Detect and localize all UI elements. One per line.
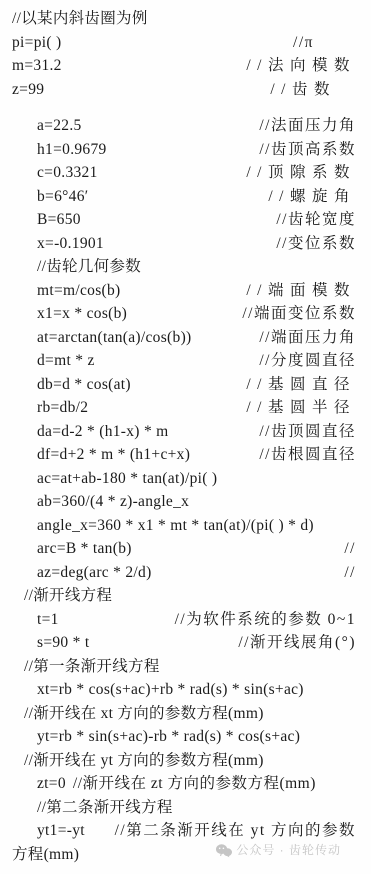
code-text: at=arctan(tan(a)/cos(b)) bbox=[37, 326, 192, 350]
code-line: //第二条渐开线方程 bbox=[0, 796, 356, 820]
code-text: angle_x=360 * x1 * mt * tan(at)/(pi( ) *… bbox=[37, 514, 314, 538]
code-line: t=1//为软件系统的参数 0~1 bbox=[0, 608, 356, 632]
code-line: ab=360/(4 * z)-angle_x bbox=[0, 490, 356, 514]
comment-text: //第一条渐开线方程 bbox=[24, 655, 160, 679]
comment-text: //齿轮宽度 bbox=[276, 208, 356, 232]
code-line: pi=pi( )//π bbox=[0, 31, 356, 55]
code-line: s=90 * t//渐开线展角(°) bbox=[0, 631, 356, 655]
code-line: a=22.5//法面压力角 bbox=[0, 114, 356, 138]
comment-text: //第二条渐开线方程 bbox=[37, 796, 173, 820]
code-line: at=arctan(tan(a)/cos(b))//端面压力角 bbox=[0, 326, 356, 350]
comment-text: //法面压力角 bbox=[259, 114, 356, 138]
comment-text: //变位系数 bbox=[276, 232, 356, 256]
code-text: yt=rb * sin(s+ac)-rb * rad(s) * cos(s+ac… bbox=[37, 725, 300, 749]
code-text: b=6°46′ bbox=[37, 185, 88, 209]
comment-text: //渐开线方程 bbox=[24, 584, 112, 608]
code-text: df=d+2 * m * (h1+c+x) bbox=[37, 443, 190, 467]
code-line: //渐开线方程 bbox=[0, 584, 356, 608]
code-text: arc=B * tan(b) bbox=[37, 537, 132, 561]
code-text: x=-0.1901 bbox=[37, 232, 104, 256]
code-text: rb=db/2 bbox=[37, 396, 88, 420]
code-line: //渐开线在 yt 方向的参数方程(mm) bbox=[0, 749, 356, 773]
comment-text: //渐开线在 zt 方向的参数方程(mm) bbox=[73, 772, 316, 796]
comment-text: //法向模数 bbox=[246, 54, 356, 78]
code-line: x1=x * cos(b)//端面变位系数 bbox=[0, 302, 356, 326]
code-text: x1=x * cos(b) bbox=[37, 302, 127, 326]
code-text: zt=0 bbox=[37, 772, 66, 796]
watermark-text: 公众号 · 齿轮传动 bbox=[236, 843, 341, 858]
comment-text: //渐开线在 yt 方向的参数方程(mm) bbox=[24, 749, 264, 773]
comment-text: //齿轮几何参数 bbox=[37, 255, 141, 279]
comment-text: //齿数 bbox=[270, 78, 336, 102]
code-line: B=650//齿轮宽度 bbox=[0, 208, 356, 232]
code-line: ac=at+ab-180 * tan(at)/pi( ) bbox=[0, 467, 356, 491]
code-text: B=650 bbox=[37, 208, 81, 232]
comment-text: // bbox=[344, 537, 356, 561]
code-text: s=90 * t bbox=[37, 631, 89, 655]
comment-text: //以某内斜齿圈为例 bbox=[12, 7, 148, 31]
comment-text: //端面模数 bbox=[246, 279, 356, 303]
code-text: xt=rb * cos(s+ac)+rb * rad(s) * sin(s+ac… bbox=[37, 678, 304, 702]
code-text: pi=pi( ) bbox=[12, 31, 61, 55]
wechat-icon bbox=[216, 844, 232, 858]
comment-text: //齿顶高系数 bbox=[259, 138, 356, 162]
code-line: d=mt * z//分度圆直径 bbox=[0, 349, 356, 373]
code-line: yt1=-yt//第二条渐开线在 yt 方向的参数 bbox=[0, 819, 356, 843]
code-line: df=d+2 * m * (h1+c+x)//齿根圆直径 bbox=[0, 443, 356, 467]
code-text: da=d-2 * (h1-x) * m bbox=[37, 420, 169, 444]
code-line: zt=0//渐开线在 zt 方向的参数方程(mm) bbox=[0, 772, 356, 796]
code-line: angle_x=360 * x1 * mt * tan(at)/(pi( ) *… bbox=[0, 514, 356, 538]
comment-text: //第二条渐开线在 yt 方向的参数 bbox=[115, 819, 356, 843]
code-line: xt=rb * cos(s+ac)+rb * rad(s) * sin(s+ac… bbox=[0, 678, 356, 702]
code-text: d=mt * z bbox=[37, 349, 95, 373]
code-listing: //以某内斜齿圈为例pi=pi( )//πm=31.2//法向模数z=99//齿… bbox=[0, 0, 371, 866]
code-text: db=d * cos(at) bbox=[37, 373, 131, 397]
comment-text: //为软件系统的参数 0~1 bbox=[175, 608, 356, 632]
comment-text: //渐开线在 xt 方向的参数方程(mm) bbox=[24, 702, 264, 726]
code-line: da=d-2 * (h1-x) * m//齿顶圆直径 bbox=[0, 420, 356, 444]
code-text: az=deg(arc * 2/d) bbox=[37, 561, 152, 585]
watermark: 公众号 · 齿轮传动 bbox=[216, 843, 341, 858]
comment-text: //端面压力角 bbox=[259, 326, 356, 350]
comment-text: //分度圆直径 bbox=[259, 349, 356, 373]
comment-text: // bbox=[344, 561, 356, 585]
code-text: mt=m/cos(b) bbox=[37, 279, 121, 303]
code-line: //渐开线在 xt 方向的参数方程(mm) bbox=[0, 702, 356, 726]
code-line: b=6°46′//螺旋角 bbox=[0, 185, 356, 209]
code-line: az=deg(arc * 2/d)// bbox=[0, 561, 356, 585]
code-text: m=31.2 bbox=[12, 54, 62, 78]
code-text: 方程(mm) bbox=[12, 843, 79, 867]
comment-text: //齿根圆直径 bbox=[259, 443, 356, 467]
code-text: ac=at+ab-180 * tan(at)/pi( ) bbox=[37, 467, 217, 491]
code-text: t=1 bbox=[37, 608, 59, 632]
code-text: a=22.5 bbox=[37, 114, 82, 138]
code-line: m=31.2//法向模数 bbox=[0, 54, 356, 78]
comment-text: //齿顶圆直径 bbox=[259, 420, 356, 444]
code-line: mt=m/cos(b)//端面模数 bbox=[0, 279, 356, 303]
code-text: c=0.3321 bbox=[37, 161, 98, 185]
comment-text: //渐开线展角(°) bbox=[238, 631, 356, 655]
code-line: //齿轮几何参数 bbox=[0, 255, 356, 279]
code-line: z=99//齿数 bbox=[0, 78, 356, 102]
code-text: h1=0.9679 bbox=[37, 138, 107, 162]
code-line: yt=rb * sin(s+ac)-rb * rad(s) * cos(s+ac… bbox=[0, 725, 356, 749]
code-line: db=d * cos(at)//基圆直径 bbox=[0, 373, 356, 397]
code-text: z=99 bbox=[12, 78, 44, 102]
code-line: h1=0.9679//齿顶高系数 bbox=[0, 138, 356, 162]
comment-text: //π bbox=[293, 31, 314, 55]
code-line: x=-0.1901//变位系数 bbox=[0, 232, 356, 256]
code-line: arc=B * tan(b)// bbox=[0, 537, 356, 561]
code-line: //以某内斜齿圈为例 bbox=[0, 7, 356, 31]
code-text: ab=360/(4 * z)-angle_x bbox=[37, 490, 189, 514]
code-line: //第一条渐开线方程 bbox=[0, 655, 356, 679]
comment-text: //基圆直径 bbox=[246, 373, 356, 397]
comment-text: //螺旋角 bbox=[268, 185, 356, 209]
code-line: c=0.3321//顶隙系数 bbox=[0, 161, 356, 185]
comment-text: //基圆半径 bbox=[246, 396, 356, 420]
code-line: rb=db/2//基圆半径 bbox=[0, 396, 356, 420]
document-page: //以某内斜齿圈为例pi=pi( )//πm=31.2//法向模数z=99//齿… bbox=[0, 0, 371, 874]
comment-text: //顶隙系数 bbox=[246, 161, 356, 185]
code-text: yt1=-yt bbox=[37, 819, 85, 843]
blank-line bbox=[0, 101, 356, 114]
comment-text: //端面变位系数 bbox=[242, 302, 356, 326]
